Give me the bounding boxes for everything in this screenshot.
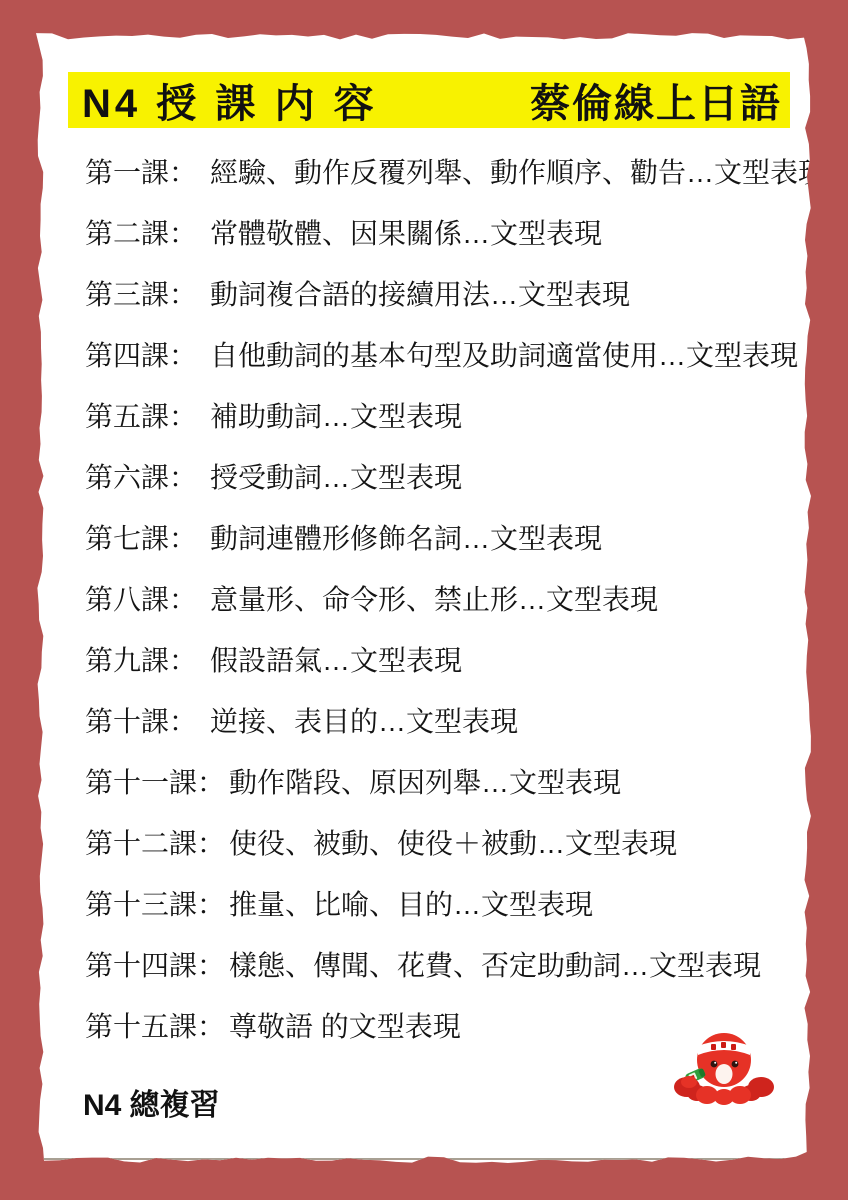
- lesson-label: 第四課：: [85, 334, 197, 374]
- footer-divider-line: [36, 1158, 810, 1160]
- summary-text: N4 總複習: [83, 1080, 220, 1124]
- lesson-label: 第十三課：: [85, 883, 225, 923]
- lesson-content: 自他動詞的基本句型及助詞適當使用…文型表現: [210, 334, 798, 374]
- lesson-label: 第一課：: [85, 151, 197, 191]
- lesson-label: 第十四課：: [85, 944, 225, 984]
- lesson-label: 第八課：: [85, 578, 197, 618]
- lesson-row: 第五課：補助動詞…文型表現: [85, 384, 796, 445]
- lesson-content: 樣態、傳聞、花費、否定助動詞…文型表現: [229, 944, 761, 984]
- lesson-content: 動詞連體形修飾名詞…文型表現: [210, 517, 602, 557]
- paper-sheet: N4 授 課 内 容 蔡倫線上日語 第一課：經驗、動作反覆列舉、動作順序、勸告……: [36, 32, 812, 1164]
- lesson-row: 第十二課：使役、被動、使役＋被動…文型表現: [85, 811, 796, 872]
- lesson-content: 尊敬語 的文型表現: [229, 1005, 461, 1045]
- lesson-content: 意量形、命令形、禁止形…文型表現: [210, 578, 658, 618]
- lesson-label: 第七課：: [85, 517, 197, 557]
- lesson-label: 第五課：: [85, 395, 197, 435]
- lesson-content: 經驗、動作反覆列舉、動作順序、勸告…文型表現: [210, 151, 826, 191]
- lesson-row: 第四課：自他動詞的基本句型及助詞適當使用…文型表現: [85, 323, 796, 384]
- lesson-label: 第六課：: [85, 456, 197, 496]
- lesson-content: 使役、被動、使役＋被動…文型表現: [229, 822, 677, 862]
- lesson-content: 補助動詞…文型表現: [210, 395, 462, 435]
- lesson-label: 第十課：: [85, 700, 197, 740]
- lesson-label: 第十五課：: [85, 1005, 225, 1045]
- lesson-content: 動詞複合語的接續用法…文型表現: [210, 273, 630, 313]
- lesson-row: 第七課：動詞連體形修飾名詞…文型表現: [85, 506, 796, 567]
- title-banner: N4 授 課 内 容 蔡倫線上日語: [68, 72, 790, 128]
- lesson-label: 第十一課：: [85, 761, 225, 801]
- page-title: N4 授 課 内 容: [82, 72, 378, 129]
- lesson-label: 第九課：: [85, 639, 197, 679]
- lesson-content: 推量、比喻、目的…文型表現: [229, 883, 593, 923]
- lesson-content: 常體敬體、因果關係…文型表現: [210, 212, 602, 252]
- lesson-row: 第十一課：動作階段、原因列舉…文型表現: [85, 750, 796, 811]
- lesson-row: 第一課：經驗、動作反覆列舉、動作順序、勸告…文型表現: [85, 140, 796, 201]
- lesson-label: 第十二課：: [85, 822, 225, 862]
- lesson-row: 第三課：動詞複合語的接續用法…文型表現: [85, 262, 796, 323]
- lesson-row: 第十課：逆接、表目的…文型表現: [85, 689, 796, 750]
- lesson-content: 授受動詞…文型表現: [210, 456, 462, 496]
- lesson-row: 第九課：假設語氣…文型表現: [85, 628, 796, 689]
- lesson-content: 逆接、表目的…文型表現: [210, 700, 518, 740]
- lesson-row: 第十三課：推量、比喻、目的…文型表現: [85, 872, 796, 933]
- lesson-content: 動作階段、原因列舉…文型表現: [229, 761, 621, 801]
- lesson-list: 第一課：經驗、動作反覆列舉、動作順序、勸告…文型表現第二課：常體敬體、因果關係……: [85, 140, 796, 1055]
- lesson-label: 第二課：: [85, 212, 197, 252]
- octopus-mascot-icon: [673, 1026, 775, 1106]
- lesson-row: 第八課：意量形、命令形、禁止形…文型表現: [85, 567, 796, 628]
- lesson-label: 第三課：: [85, 273, 197, 313]
- brand-title: 蔡倫線上日語: [530, 72, 782, 129]
- lesson-row: 第二課：常體敬體、因果關係…文型表現: [85, 201, 796, 262]
- lesson-row: 第六課：授受動詞…文型表現: [85, 445, 796, 506]
- lesson-content: 假設語氣…文型表現: [210, 639, 462, 679]
- lesson-row: 第十四課：樣態、傳聞、花費、否定助動詞…文型表現: [85, 933, 796, 994]
